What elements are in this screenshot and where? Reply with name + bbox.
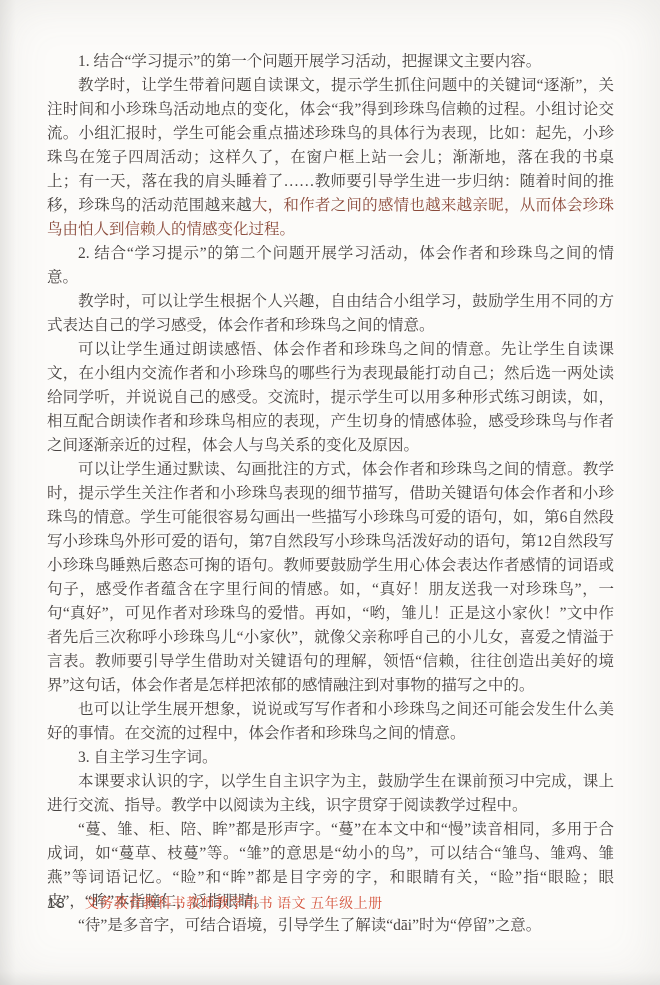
page-footer: 18 义务教育教科书教师教学用书 语文 五年级上册 xyxy=(47,893,383,913)
paragraph-7: 也可以让学生展开想象，说说或写写作者和小珍珠鸟之间还可能会发生什么美好的事情。在… xyxy=(47,698,614,746)
page-body-text: 1. 结合“学习提示”的第一个问题开展学习活动，把握课文主要内容。 教学时，让学… xyxy=(47,50,614,938)
paragraph-text: 可以让学生通过默读、勾画批注的方式，体会作者和珍珠鸟之间的情意。教学时，提示学生… xyxy=(47,461,614,694)
paragraph-2: 教学时，让学生带着问题自读课文，提示学生抓住问题中的关键词“逐渐”，关注时间和小… xyxy=(47,74,614,242)
paragraph-5: 可以让学生通过朗读感悟、体会作者和珍珠鸟之间的情意。先让学生自读课文，在小组内交… xyxy=(47,338,614,458)
paragraph-text: 也可以让学生展开想象，说说或写写作者和小珍珠鸟之间还可能会发生什么美好的事情。在… xyxy=(47,701,614,742)
paragraph-1: 1. 结合“学习提示”的第一个问题开展学习活动，把握课文主要内容。 xyxy=(47,50,614,74)
paragraph-text: 教学时，可以让学生根据个人兴趣，自由结合小组学习，鼓励学生用不同的方式表达自己的… xyxy=(47,293,614,334)
paragraph-text: 1. 结合“学习提示”的第一个问题开展学习活动，把握课文主要内容。 xyxy=(78,53,541,70)
page-number: 18 xyxy=(47,895,66,912)
paragraph-9: 本课要求认识的字，以学生自主识字为主，鼓励学生在课前预习中完成，课上进行交流、指… xyxy=(47,770,614,818)
footer-book-title: 义务教育教科书教师教学用书 语文 五年级上册 xyxy=(85,893,383,913)
paragraph-text: 本课要求认识的字，以学生自主识字为主，鼓励学生在课前预习中完成，课上进行交流、指… xyxy=(47,773,614,814)
paragraph-text: 3. 自主学习生字词。 xyxy=(78,749,218,766)
paragraph-8: 3. 自主学习生字词。 xyxy=(47,746,614,770)
paragraph-6: 可以让学生通过默读、勾画批注的方式，体会作者和珍珠鸟之间的情意。教学时，提示学生… xyxy=(47,458,614,698)
scanned-textbook-page: 1. 结合“学习提示”的第一个问题开展学习活动，把握课文主要内容。 教学时，让学… xyxy=(0,0,660,985)
paragraph-3: 2. 结合“学习提示”的第二个问题开展学习活动，体会作者和珍珠鸟之间的情意。 xyxy=(47,242,614,290)
paragraph-text: 2. 结合“学习提示”的第二个问题开展学习活动，体会作者和珍珠鸟之间的情意。 xyxy=(47,245,614,286)
paragraph-text: “待”是多音字，可结合语境，引导学生了解读“dāi”时为“停留”之意。 xyxy=(78,917,541,934)
paragraph-11: “待”是多音字，可结合语境，引导学生了解读“dāi”时为“停留”之意。 xyxy=(47,914,614,938)
paragraph-text: 可以让学生通过朗读感悟、体会作者和珍珠鸟之间的情意。先让学生自读课文，在小组内交… xyxy=(47,341,614,454)
paragraph-4: 教学时，可以让学生根据个人兴趣，自由结合小组学习，鼓励学生用不同的方式表达自己的… xyxy=(47,290,614,338)
paragraph-text: 教学时，让学生带着问题自读课文，提示学生抓住问题中的关键词“逐渐”，关注时间和小… xyxy=(47,77,614,214)
